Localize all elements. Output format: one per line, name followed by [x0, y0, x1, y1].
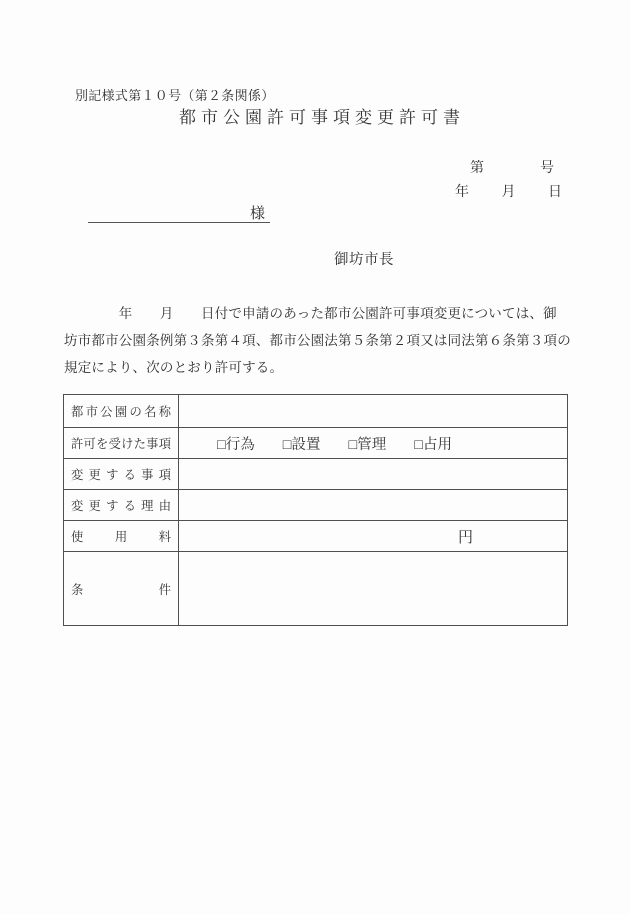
row-value-conditions	[179, 552, 568, 626]
row-value-park-name	[179, 395, 568, 428]
checkbox-option-act[interactable]: □行為	[217, 433, 255, 454]
row-label-usage-fee: 使用料	[64, 521, 179, 552]
checkbox-options: □行為 □設置 □管理 □占用	[185, 433, 566, 454]
addressee-suffix: 様	[250, 206, 265, 222]
table-row-park-name: 都市公園の名称	[64, 395, 568, 428]
row-label-matters-to-change: 変更する事項	[64, 459, 179, 490]
checkbox-option-management[interactable]: □管理	[349, 433, 387, 454]
table-row-conditions: 条件	[64, 552, 568, 626]
permit-table: 都市公園の名称 許可を受けた事項 □行為 □設置 □管理 □占用 変更する事項	[63, 394, 568, 626]
row-label-conditions: 条件	[64, 552, 179, 626]
row-value-usage-fee-yen: 円	[179, 521, 568, 552]
document-number-line: 第 号	[470, 157, 554, 177]
paragraph-line: 規定により、次のとおり許可する。	[64, 354, 571, 381]
row-label-reason-for-change: 変更する理由	[64, 490, 179, 521]
checkbox-option-installation[interactable]: □設置	[283, 433, 321, 454]
table-row-matters-to-change: 変更する事項	[64, 459, 568, 490]
document-title: 都市公園許可事項変更許可書	[0, 103, 630, 128]
row-value-matters-to-change	[179, 459, 568, 490]
row-value-permitted-matters: □行為 □設置 □管理 □占用	[179, 428, 568, 459]
form-number-note: 別記様式第１０号（第２条関係）	[75, 85, 275, 104]
document-page: 別記様式第１０号（第２条関係） 都市公園許可事項変更許可書 第 号 年 月 日 …	[0, 0, 630, 915]
table-row-permitted-matters: 許可を受けた事項 □行為 □設置 □管理 □占用	[64, 428, 568, 459]
row-value-reason-for-change	[179, 490, 568, 521]
table-row-reason-for-change: 変更する理由	[64, 490, 568, 521]
row-label-permitted-matters: 許可を受けた事項	[64, 428, 179, 459]
paragraph-line: 年 月 日付で申請のあった都市公園許可事項変更については、御	[64, 300, 571, 327]
table-row-usage-fee: 使用料 円	[64, 521, 568, 552]
paragraph-line: 坊市都市公園条例第３条第４項、都市公園法第５条第２項又は同法第６条第３項の	[64, 327, 571, 354]
checkbox-option-occupancy[interactable]: □占用	[414, 433, 452, 454]
addressee-underline: 様	[88, 202, 270, 223]
body-paragraph: 年 月 日付で申請のあった都市公園許可事項変更については、御 坊市都市公園条例第…	[64, 300, 571, 381]
date-line: 年 月 日	[455, 181, 564, 201]
issuer-name: 御坊市長	[334, 248, 394, 269]
row-label-park-name: 都市公園の名称	[64, 395, 179, 428]
